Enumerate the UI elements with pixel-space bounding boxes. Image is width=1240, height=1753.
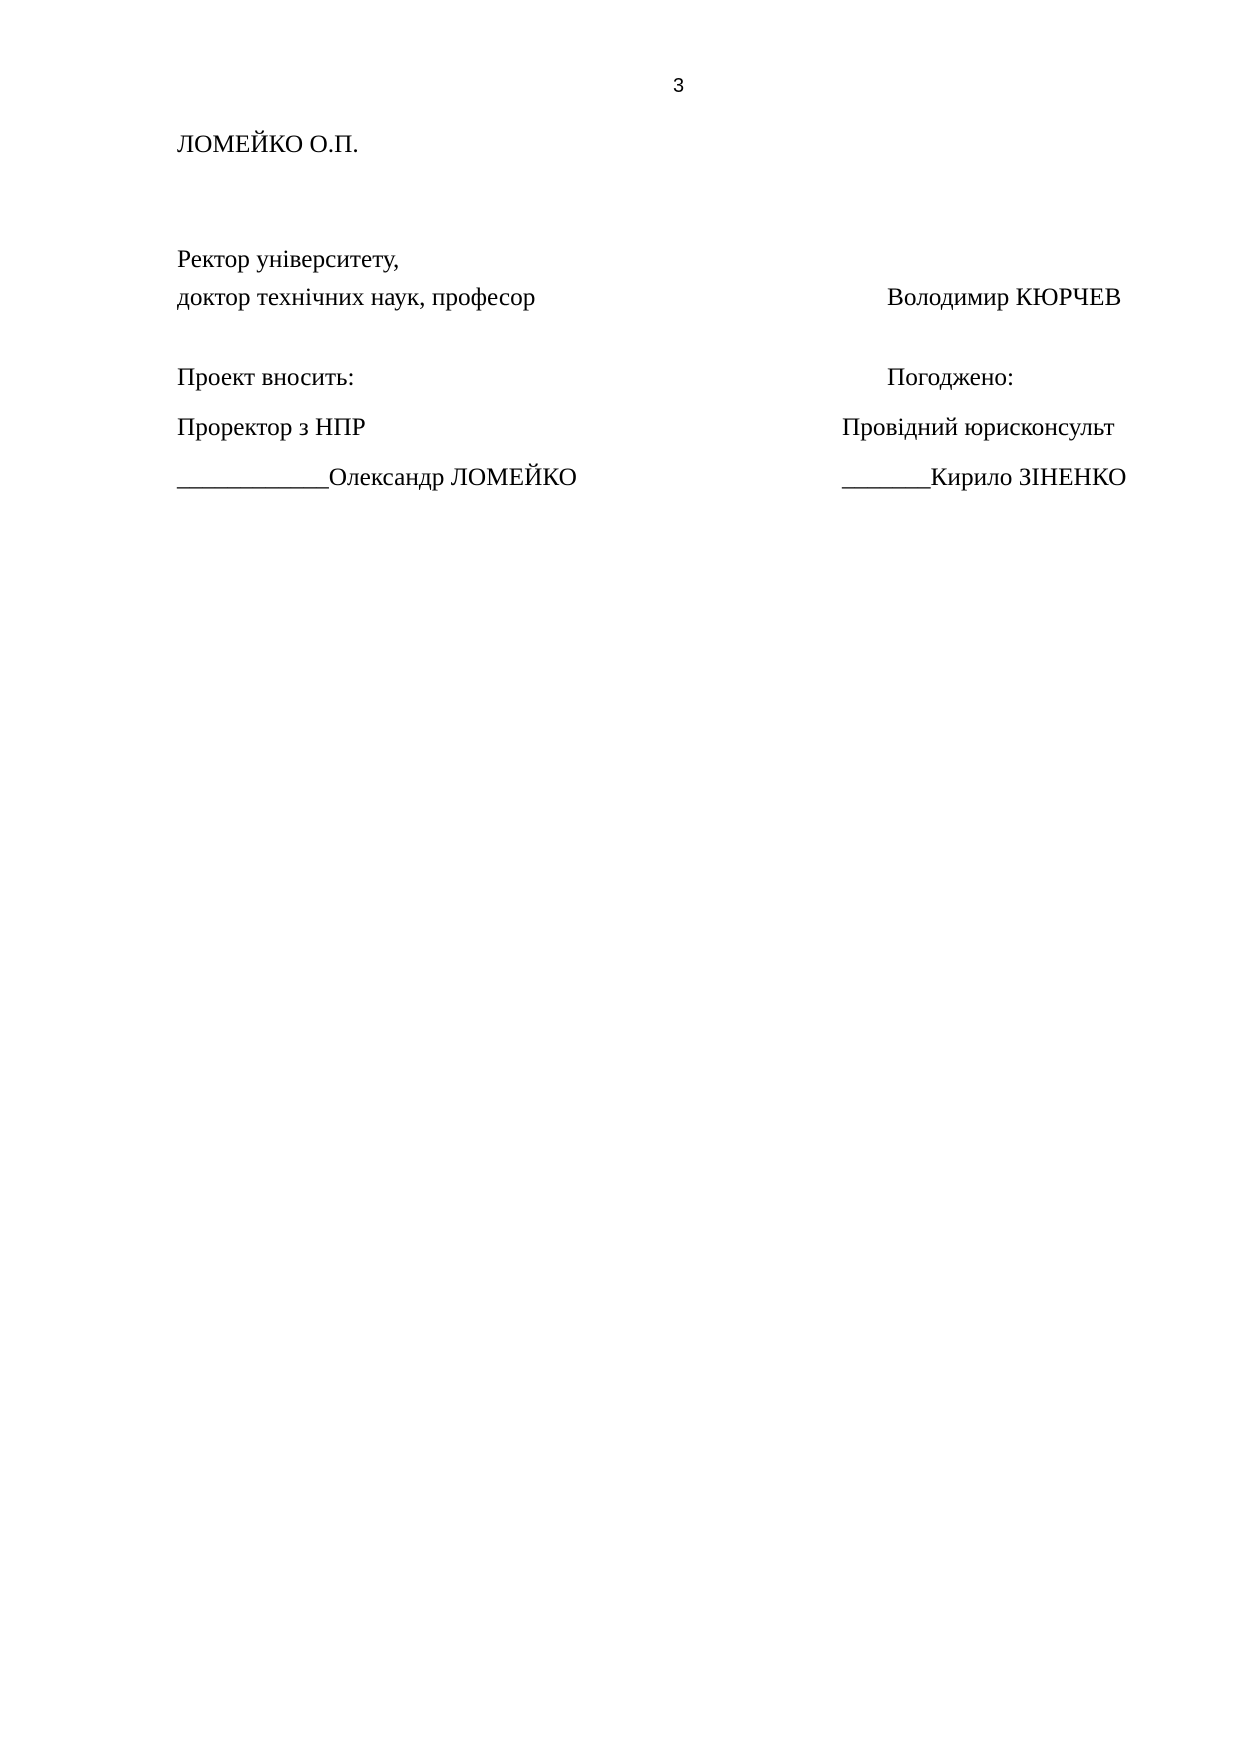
rector-title-line-2: доктор технічних наук, професор [177, 282, 535, 312]
rector-name: Володимир КЮРЧЕВ [887, 282, 1121, 312]
proposer-name: Олександр ЛОМЕЙКО [329, 463, 577, 491]
rector-title-line-1: Ректор університету, [177, 244, 399, 274]
approver-signature-line: _______ [842, 463, 931, 491]
approver-signature-block: _______Кирило ЗІНЕНКО [842, 462, 1126, 492]
approver-name: Кирило ЗІНЕНКО [931, 463, 1127, 491]
approver-position: Провідний юрисконсульт [842, 412, 1115, 442]
header-name: ЛОМЕЙКО О.П. [177, 129, 359, 159]
proposed-by-label: Проект вносить: [177, 362, 355, 392]
document-page: 3 ЛОМЕЙКО О.П. Ректор університету, докт… [0, 0, 1240, 1753]
proposer-signature-line: ____________ [177, 463, 329, 491]
proposer-signature-block: ____________Олександр ЛОМЕЙКО [177, 462, 577, 492]
page-number: 3 [0, 74, 1240, 98]
agreed-label: Погоджено: [887, 362, 1014, 392]
proposer-position: Проректор з НПР [177, 412, 366, 442]
